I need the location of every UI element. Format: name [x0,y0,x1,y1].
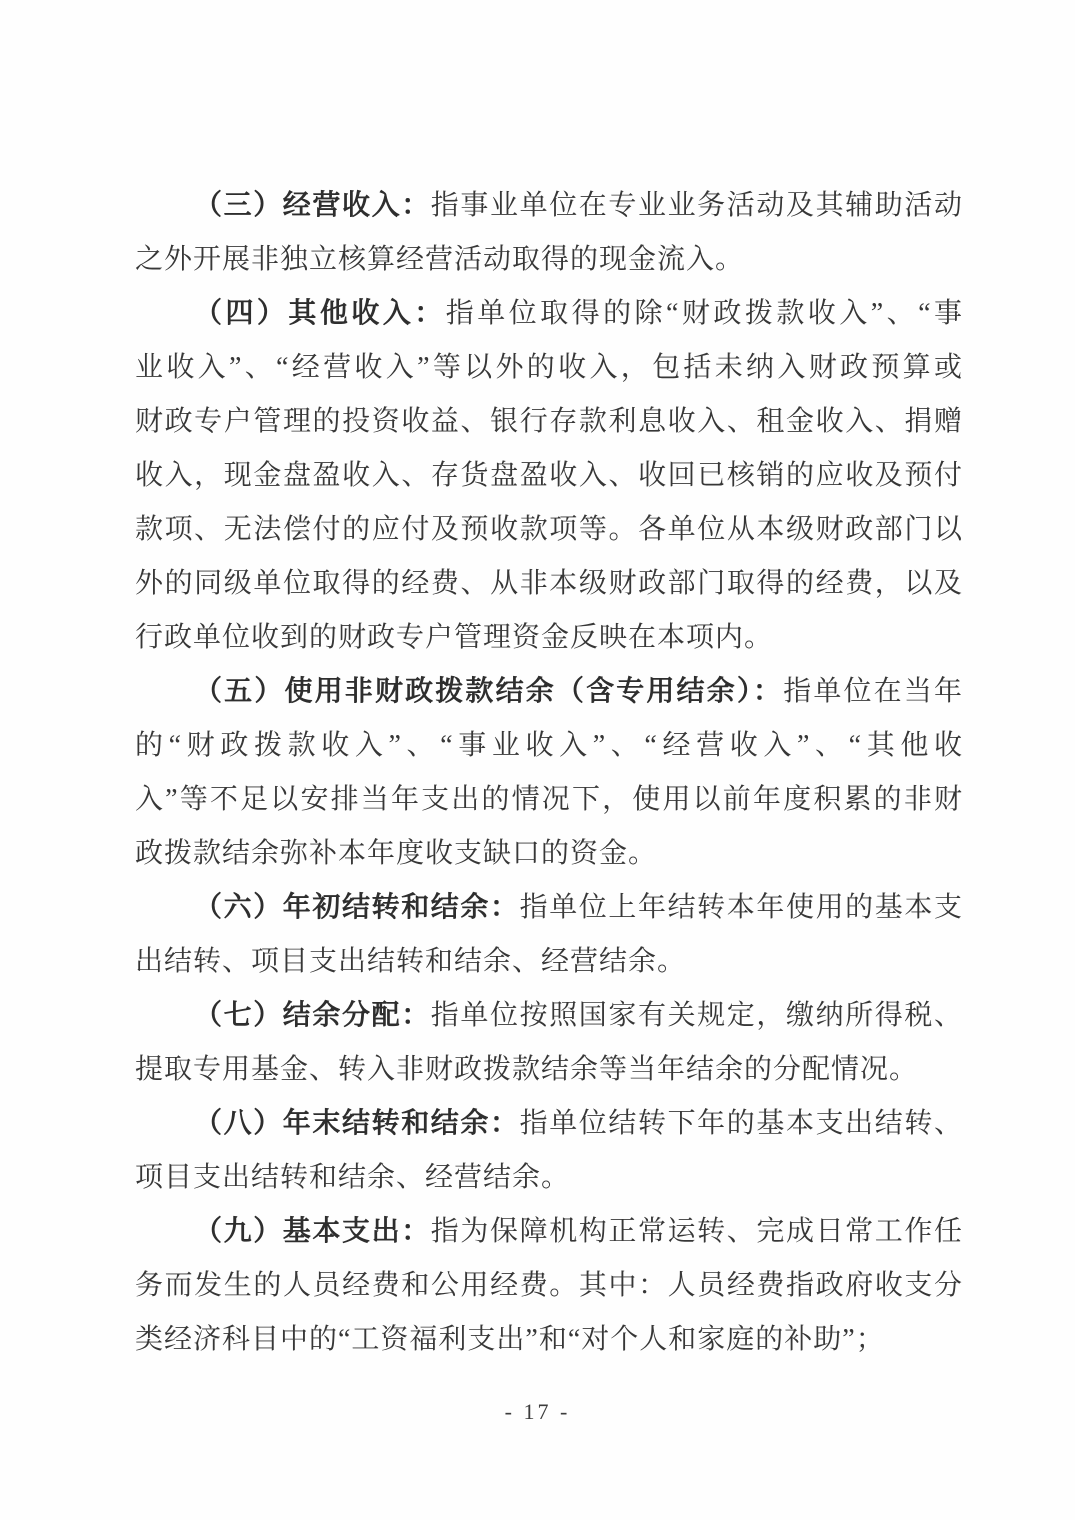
body-text: 项目支出结转和结余、经营结余。 [135,1162,570,1193]
document-body: （三）经营收入：指事业单位在专业业务活动及其辅助活动之外开展非独立核算经营活动取… [135,179,963,1367]
body-text: 行政单位收到的财政专户管理资金反映在本项内。 [135,622,773,653]
text-line: （三）经营收入：指事业单位在专业业务活动及其辅助活动 [135,179,963,233]
body-text: 类经济科目中的“工资福利支出”和“对个人和家庭的补助”； [135,1324,885,1355]
body-text: 的“财政拨款收入”、“事业收入”、“经营收入”、“其他收 [135,730,963,761]
body-text: 业收入”、“经营收入”等以外的收入，包括未纳入财政预算或 [135,352,963,383]
body-text: 外的同级单位取得的经费、从非本级财政部门取得的经费，以及 [135,568,963,599]
text-line: 业收入”、“经营收入”等以外的收入，包括未纳入财政预算或 [135,341,963,395]
text-line: 务而发生的人员经费和公用经费。其中：人员经费指政府收支分 [135,1259,963,1313]
text-line: （六）年初结转和结余：指单位上年结转本年使用的基本支 [135,881,963,935]
body-text: 政拨款结余弥补本年度收支缺口的资金。 [135,838,657,869]
term-heading: （八）年末结转和结余： [194,1108,520,1139]
body-text: 指单位取得的除“财政拨款收入”、“事 [446,298,963,329]
text-line: 外的同级单位取得的经费、从非本级财政部门取得的经费，以及 [135,557,963,611]
text-line: 出结转、项目支出结转和结余、经营结余。 [135,935,963,989]
body-text: 指单位按照国家有关规定，缴纳所得税、 [431,1000,963,1031]
page-number: - 17 - [0,1399,1075,1425]
text-line: 的“财政拨款收入”、“事业收入”、“经营收入”、“其他收 [135,719,963,773]
text-line: （九）基本支出：指为保障机构正常运转、完成日常工作任 [135,1205,963,1259]
term-heading: （九）基本支出： [194,1216,431,1247]
text-line: 政拨款结余弥补本年度收支缺口的资金。 [135,827,963,881]
text-line: （四）其他收入：指单位取得的除“财政拨款收入”、“事 [135,287,963,341]
body-text: 务而发生的人员经费和公用经费。其中：人员经费指政府收支分 [135,1270,963,1301]
body-text: 入”等不足以安排当年支出的情况下，使用以前年度积累的非财 [135,784,963,815]
body-text: 指单位在当年 [783,676,963,707]
text-line: （八）年末结转和结余：指单位结转下年的基本支出结转、 [135,1097,963,1151]
body-text: 提取专用基金、转入非财政拨款结余等当年结余的分配情况。 [135,1054,918,1085]
body-text: 指事业单位在专业业务活动及其辅助活动 [431,190,963,221]
text-line: 款项、无法偿付的应付及预收款项等。各单位从本级财政部门以 [135,503,963,557]
body-text: 出结转、项目支出结转和结余、经营结余。 [135,946,686,977]
text-line: 提取专用基金、转入非财政拨款结余等当年结余的分配情况。 [135,1043,963,1097]
body-text: 之外开展非独立核算经营活动取得的现金流入。 [135,244,744,275]
text-line: 财政专户管理的投资收益、银行存款利息收入、租金收入、捐赠 [135,395,963,449]
body-text: 指单位结转下年的基本支出结转、 [520,1108,963,1139]
document-page: （三）经营收入：指事业单位在专业业务活动及其辅助活动之外开展非独立核算经营活动取… [0,0,1075,1520]
body-text: 财政专户管理的投资收益、银行存款利息收入、租金收入、捐赠 [135,406,963,437]
term-heading: （五）使用非财政拨款结余（含专用结余）： [194,676,783,707]
term-heading: （三）经营收入： [194,190,431,221]
term-heading: （六）年初结转和结余： [194,892,520,923]
text-line: 收入，现金盘盈收入、存货盘盈收入、收回已核销的应收及预付 [135,449,963,503]
term-heading: （七）结余分配： [194,1000,431,1031]
term-heading: （四）其他收入： [194,298,446,329]
body-text: 指为保障机构正常运转、完成日常工作任 [431,1216,963,1247]
text-line: （五）使用非财政拨款结余（含专用结余）：指单位在当年 [135,665,963,719]
body-text: 收入，现金盘盈收入、存货盘盈收入、收回已核销的应收及预付 [135,460,963,491]
text-line: 项目支出结转和结余、经营结余。 [135,1151,963,1205]
text-line: （七）结余分配：指单位按照国家有关规定，缴纳所得税、 [135,989,963,1043]
text-line: 入”等不足以安排当年支出的情况下，使用以前年度积累的非财 [135,773,963,827]
body-text: 指单位上年结转本年使用的基本支 [520,892,963,923]
text-line: 行政单位收到的财政专户管理资金反映在本项内。 [135,611,963,665]
text-line: 类经济科目中的“工资福利支出”和“对个人和家庭的补助”； [135,1313,963,1367]
body-text: 款项、无法偿付的应付及预收款项等。各单位从本级财政部门以 [135,514,963,545]
text-line: 之外开展非独立核算经营活动取得的现金流入。 [135,233,963,287]
